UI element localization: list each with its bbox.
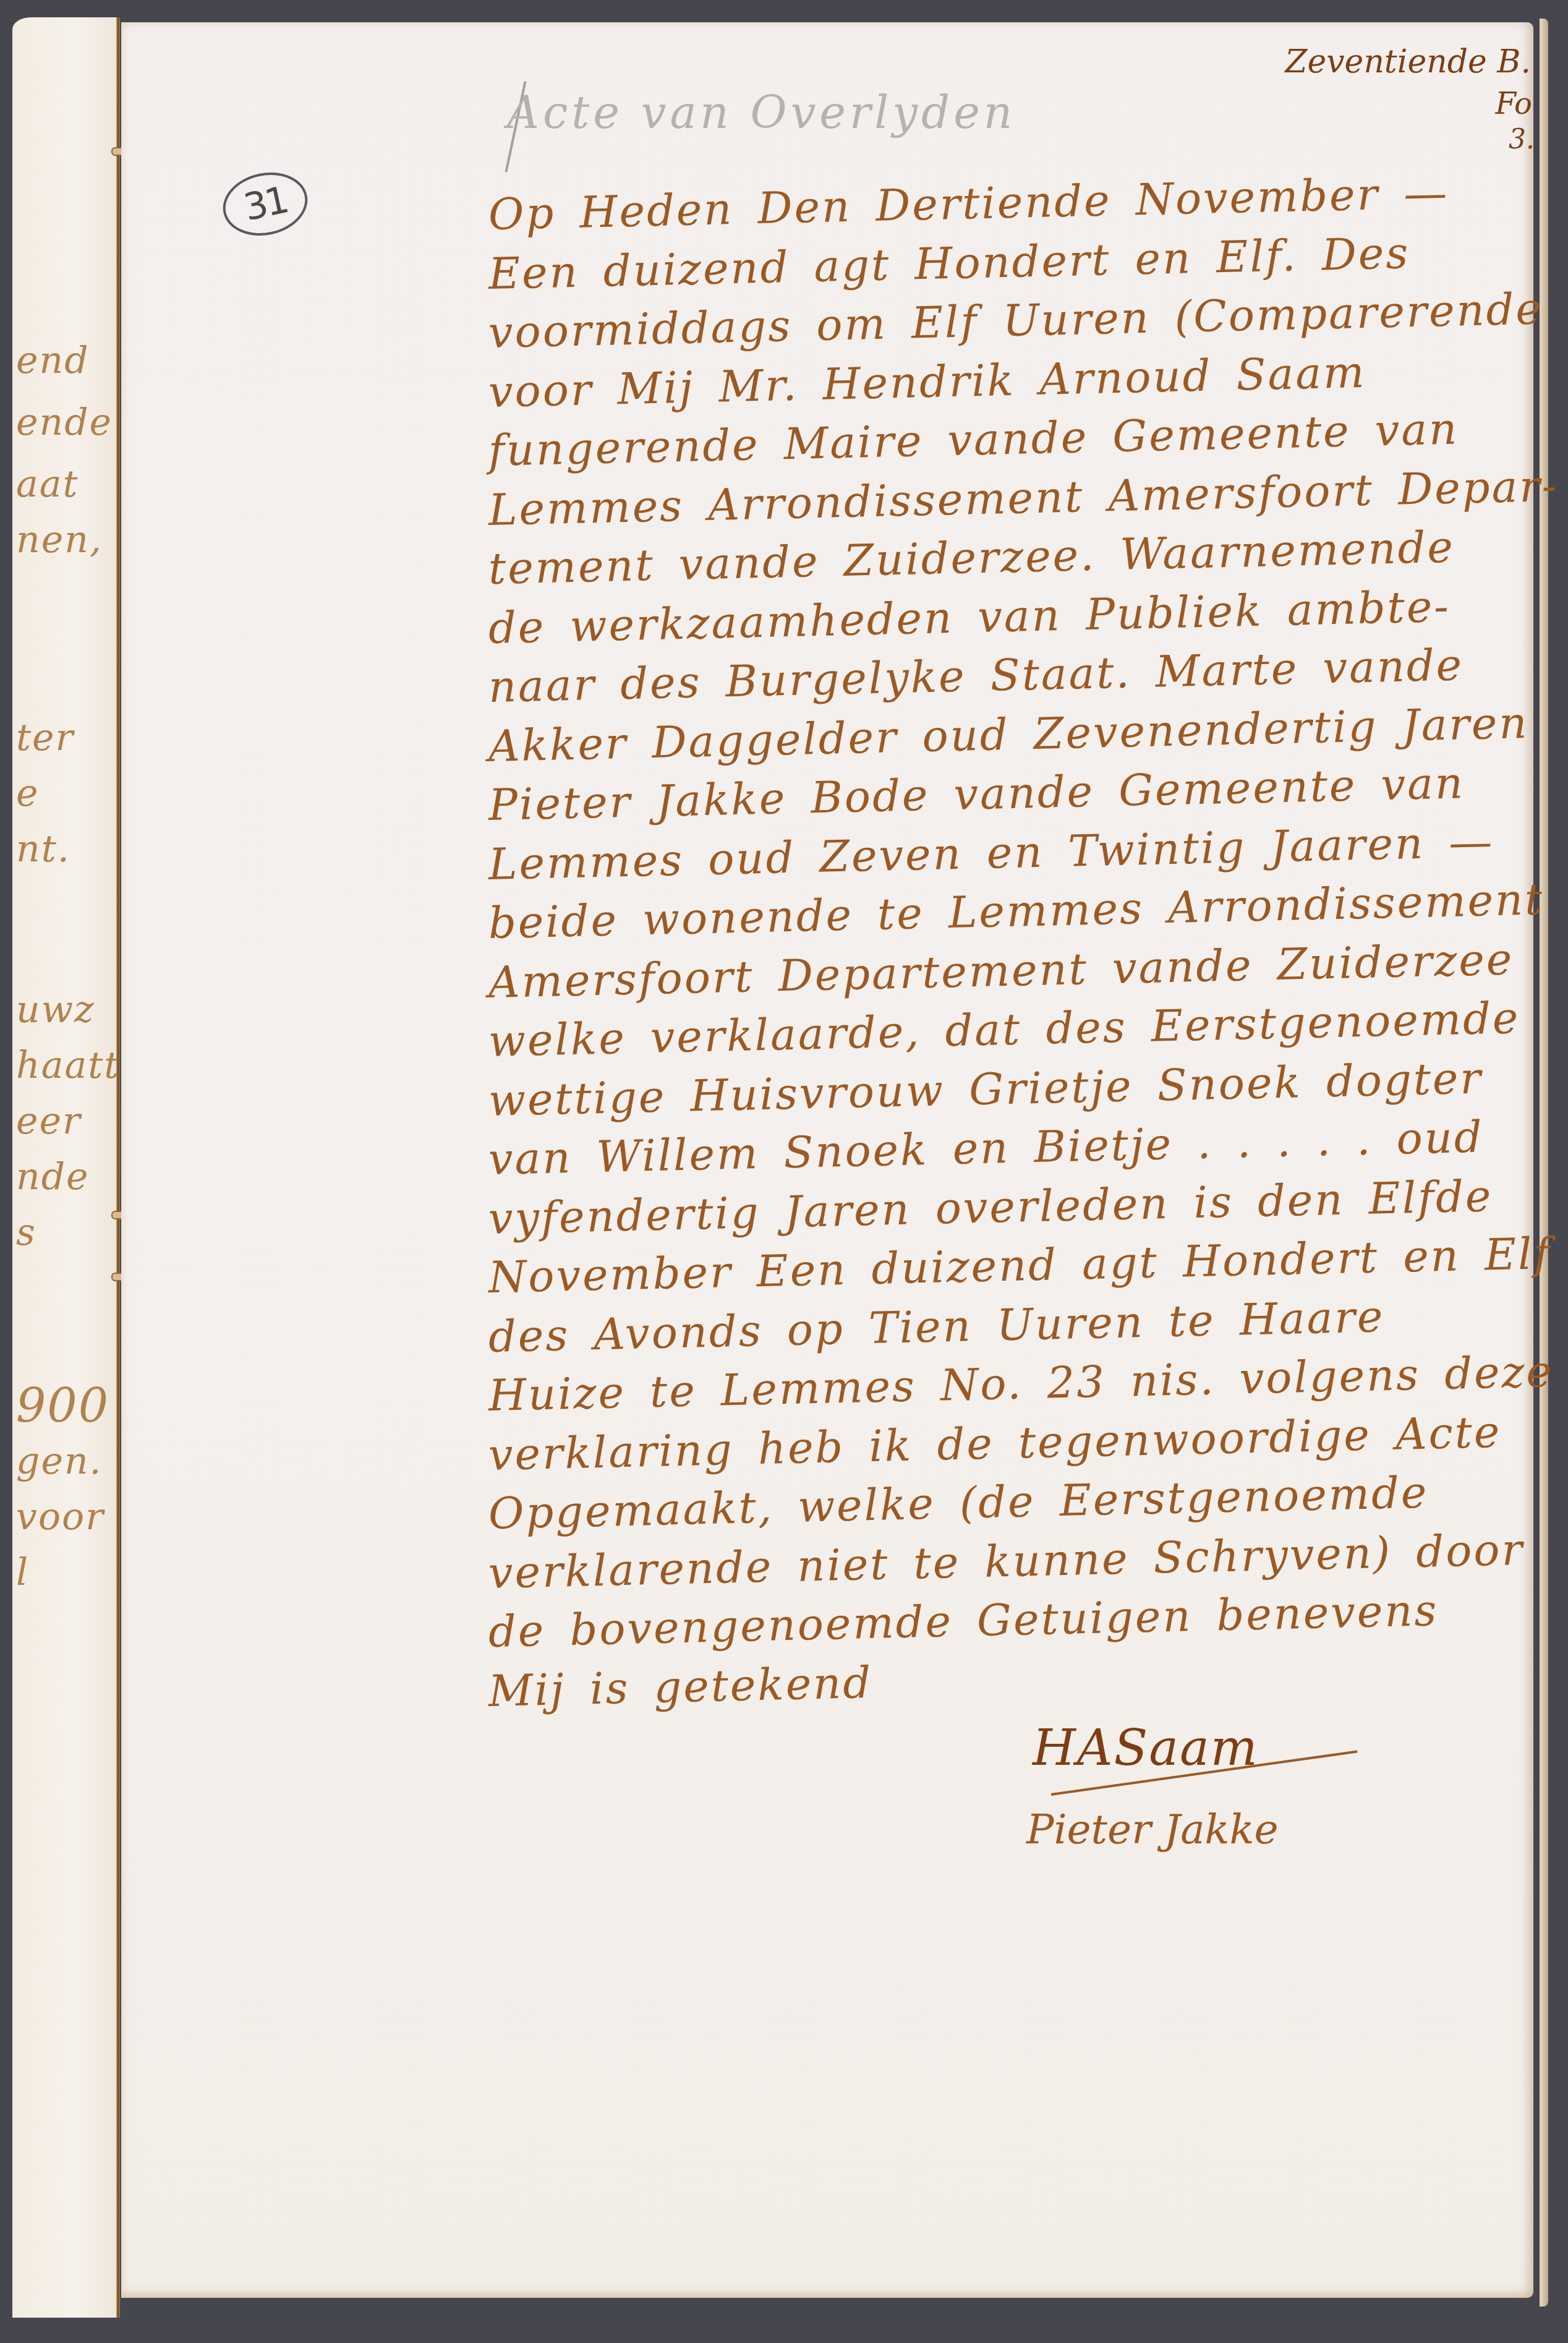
left-margin-fragment: gen.: [16, 1440, 103, 1483]
signature-witness: Pieter Jakke: [1026, 1806, 1279, 1853]
left-margin-fragment: eer: [16, 1099, 82, 1143]
left-margin-fragment: l: [16, 1551, 29, 1594]
left-margin-fragment: end: [16, 339, 90, 382]
left-margin-fragment: nen,: [16, 518, 103, 561]
register-annotation: Zeventiende B.: [1285, 43, 1531, 80]
entry-annotation: 3.: [1509, 124, 1535, 155]
left-margin-fragment: uwz: [16, 988, 95, 1031]
left-margin-fragment: voor: [16, 1495, 104, 1539]
left-page-strip: end ende aat nen, ter e nt. uwz haatt ee…: [12, 17, 119, 2318]
folio-annotation: Fo: [1495, 87, 1532, 121]
left-margin-fragment: ter: [16, 716, 74, 759]
left-margin-fragment: haatt: [16, 1044, 120, 1087]
left-margin-fragment: nde: [16, 1155, 90, 1198]
document-heading: Acte van Overlyden: [507, 87, 1016, 139]
left-margin-fragment: 900: [16, 1378, 109, 1433]
left-margin-fragment: ende: [16, 401, 113, 444]
left-margin-fragment: aat: [16, 463, 79, 506]
record-body: Op Heden Den Dertiende November — Een du…: [488, 186, 1515, 1721]
page-edge: [1540, 19, 1548, 2307]
left-margin-fragment: nt.: [16, 827, 70, 871]
signature-mayor: HASaam: [1033, 1719, 1259, 1777]
left-margin-fragment: s: [16, 1211, 36, 1254]
book-spine: [116, 17, 120, 2318]
left-margin-fragment: e: [16, 772, 40, 815]
